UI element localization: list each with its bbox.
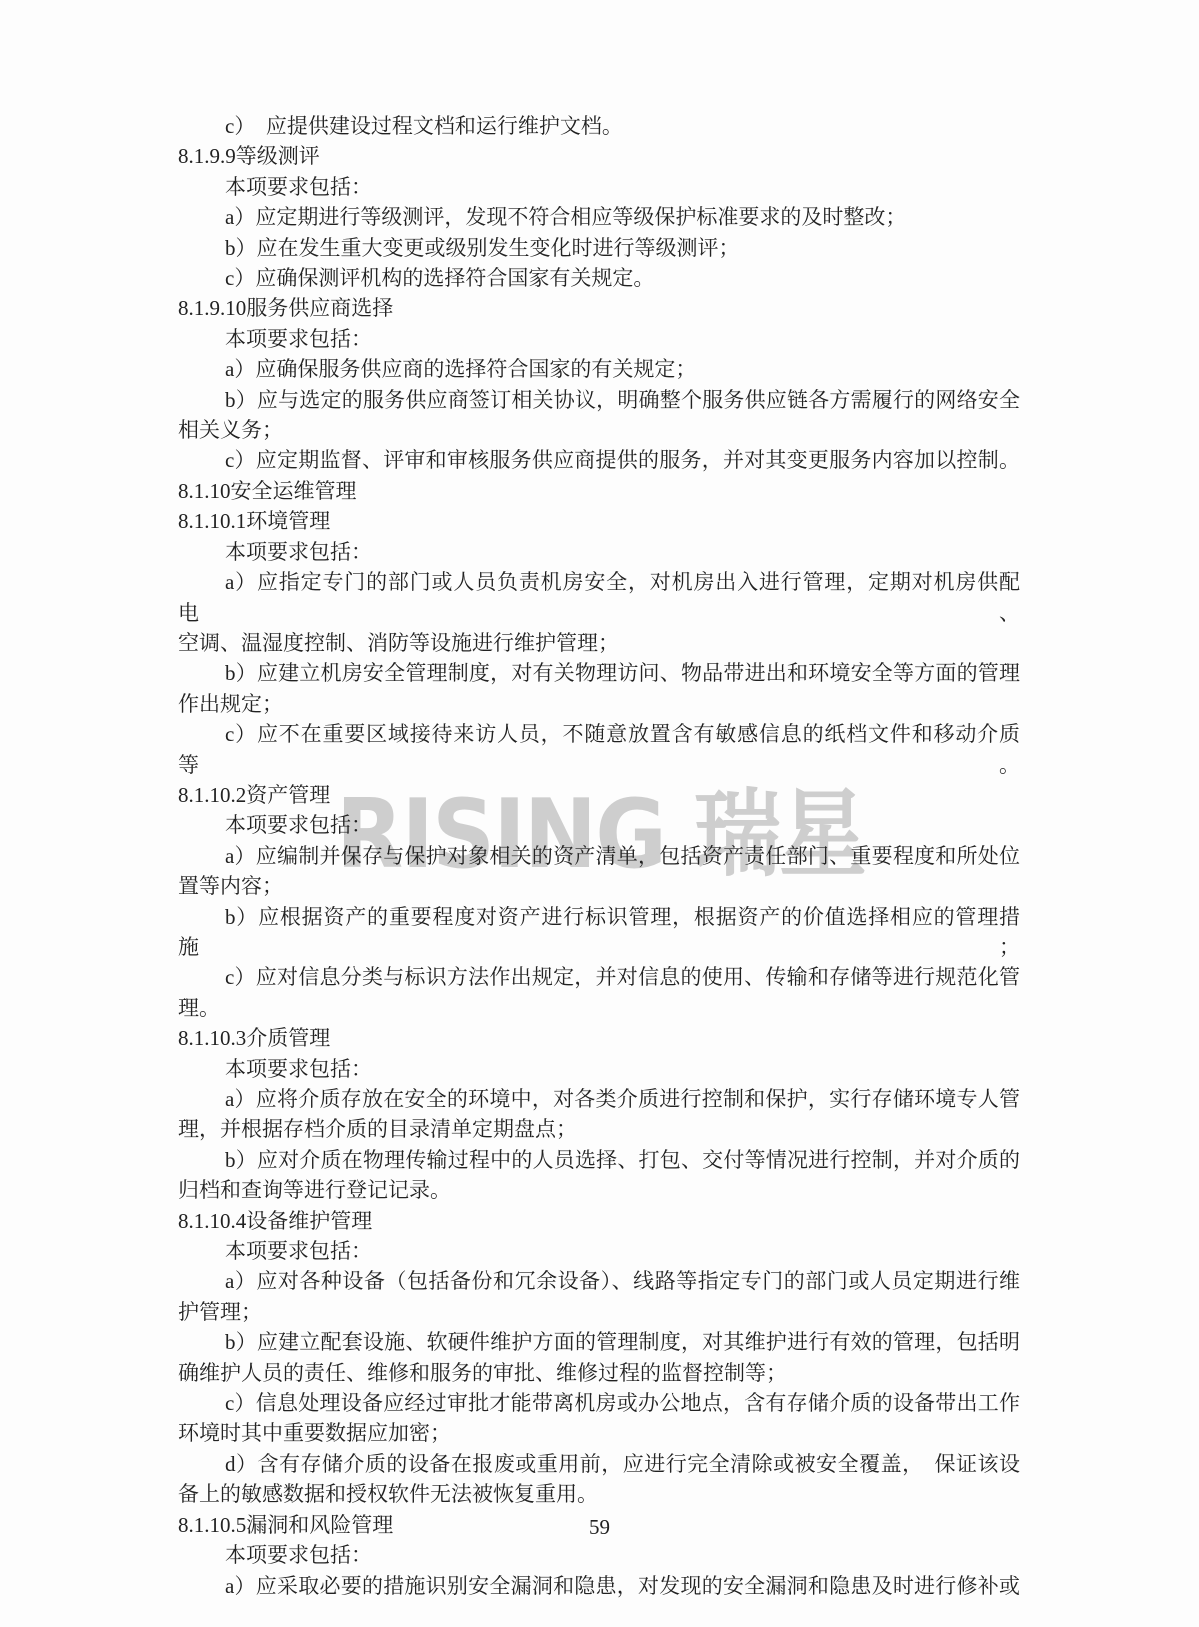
text-line: a）应编制并保存与保护对象相关的资产清单，包括资产责任部门、重要程度和所处位 xyxy=(178,841,1020,871)
text-line: 护管理； xyxy=(178,1297,1020,1327)
text-line: 本项要求包括： xyxy=(178,810,1020,840)
text-line: 本项要求包括： xyxy=(178,537,1020,567)
text-line: a）应对各种设备（包括备份和冗余设备）、线路等指定专门的部门或人员定期进行维 xyxy=(178,1266,1020,1296)
text-line: 置等内容； xyxy=(178,871,1020,901)
text-line: c）信息处理设备应经过审批才能带离机房或办公地点，含有存储介质的设备带出工作 xyxy=(178,1388,1020,1418)
section-heading: 8.1.10.3介质管理 xyxy=(178,1023,1020,1053)
page-number: 59 xyxy=(0,1515,1199,1540)
text-line: a）应指定专门的部门或人员负责机房安全，对机房出入进行管理，定期对机房供配电、 xyxy=(178,567,1020,628)
section-heading: 8.1.10安全运维管理 xyxy=(178,476,1020,506)
text-line: 本项要求包括： xyxy=(178,1054,1020,1084)
text-line: a）应定期进行等级测评，发现不符合相应等级保护标准要求的及时整改； xyxy=(178,202,1020,232)
text-line: 本项要求包括： xyxy=(178,324,1020,354)
text-line: b）应建立机房安全管理制度，对有关物理访问、物品带进出和环境安全等方面的管理 xyxy=(178,658,1020,688)
section-heading: 8.1.9.9等级测评 xyxy=(178,141,1020,171)
text-line: 确维护人员的责任、维修和服务的审批、维修过程的监督控制等； xyxy=(178,1358,1020,1388)
text-line: 理。 xyxy=(178,993,1020,1023)
text-line: b）应对介质在物理传输过程中的人员选择、打包、交付等情况进行控制，并对介质的 xyxy=(178,1145,1020,1175)
text-line: c）应定期监督、评审和审核服务供应商提供的服务，并对其变更服务内容加以控制。 xyxy=(178,445,1020,475)
text-line: d）含有存储介质的设备在报废或重用前，应进行完全清除或被安全覆盖， 保证该设 xyxy=(178,1449,1020,1479)
text-line: c） 应提供建设过程文档和运行维护文档。 xyxy=(178,111,1020,141)
text-line: 归档和查询等进行登记记录。 xyxy=(178,1175,1020,1205)
text-line: 环境时其中重要数据应加密； xyxy=(178,1418,1020,1448)
text-line: 理，并根据存档介质的目录清单定期盘点； xyxy=(178,1114,1020,1144)
text-line: b）应建立配套设施、软硬件维护方面的管理制度，对其维护进行有效的管理，包括明 xyxy=(178,1327,1020,1357)
text-line: c）应不在重要区域接待来访人员，不随意放置含有敏感信息的纸档文件和移动介质等。 xyxy=(178,719,1020,780)
text-line: b）应在发生重大变更或级别发生变化时进行等级测评； xyxy=(178,233,1020,263)
document-page: RISING 瑞星 c） 应提供建设过程文档和运行维护文档。8.1.9.9等级测… xyxy=(0,0,1199,1627)
text-line: a）应确保服务供应商的选择符合国家的有关规定； xyxy=(178,354,1020,384)
text-line: 作出规定； xyxy=(178,689,1020,719)
text-line: a）应将介质存放在安全的环境中，对各类介质进行控制和保护，实行存储环境专人管 xyxy=(178,1084,1020,1114)
page-body: c） 应提供建设过程文档和运行维护文档。8.1.9.9等级测评本项要求包括：a）… xyxy=(178,111,1020,1601)
text-line: c）应确保测评机构的选择符合国家有关规定。 xyxy=(178,263,1020,293)
section-heading: 8.1.9.10服务供应商选择 xyxy=(178,293,1020,323)
text-line: a）应采取必要的措施识别安全漏洞和隐患，对发现的安全漏洞和隐患及时进行修补或 xyxy=(178,1571,1020,1601)
text-line: 本项要求包括： xyxy=(178,1540,1020,1570)
text-line: c）应对信息分类与标识方法作出规定，并对信息的使用、传输和存储等进行规范化管 xyxy=(178,962,1020,992)
section-heading: 8.1.10.4设备维护管理 xyxy=(178,1206,1020,1236)
text-line: b）应与选定的服务供应商签订相关协议，明确整个服务供应链各方需履行的网络安全 xyxy=(178,385,1020,415)
text-line: 相关义务； xyxy=(178,415,1020,445)
text-line: 本项要求包括： xyxy=(178,1236,1020,1266)
section-heading: 8.1.10.1环境管理 xyxy=(178,506,1020,536)
text-line: b）应根据资产的重要程度对资产进行标识管理，根据资产的价值选择相应的管理措施； xyxy=(178,902,1020,963)
text-line: 空调、温湿度控制、消防等设施进行维护管理； xyxy=(178,628,1020,658)
text-line: 本项要求包括： xyxy=(178,172,1020,202)
text-line: 备上的敏感数据和授权软件无法被恢复重用。 xyxy=(178,1479,1020,1509)
section-heading: 8.1.10.2资产管理 xyxy=(178,780,1020,810)
